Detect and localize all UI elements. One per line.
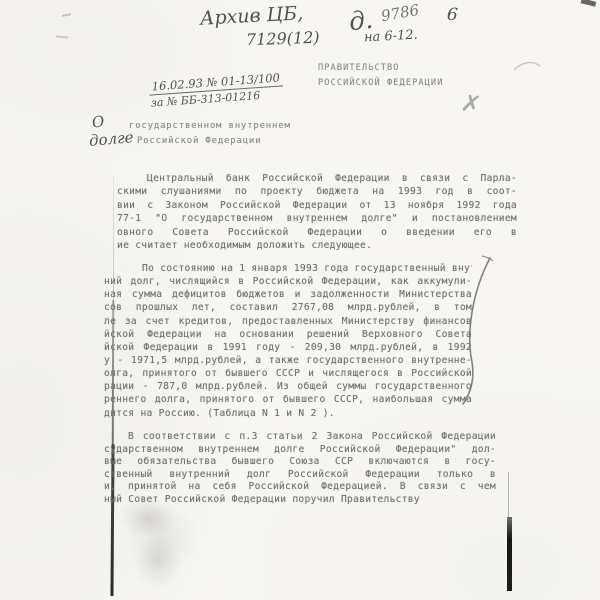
- body-line: ный Совет Российской Федерации поручил П…: [104, 494, 496, 507]
- body-line: Центральный банк Российской Федерации в …: [117, 172, 517, 185]
- scanned-letter-page: Архив ЦБ, 7129(12) д. 9786 на 6-12. 6 ПР…: [0, 0, 600, 600]
- body-line: ная сумма дефицитов бюджетов и задолженн…: [104, 288, 472, 301]
- body-line: ний долг, числящийся в Российской Федера…: [104, 275, 472, 288]
- body-line: По состоянию на 1 января 1993 года госуд…: [104, 262, 472, 275]
- body-line: и, принятой на себя Российской Федерацие…: [104, 481, 496, 494]
- pen-cross-mark: ✗: [459, 88, 484, 119]
- ink-smudge: [115, 498, 210, 596]
- body-line: В соответствии с п.3 статьи 2 Закона Рос…: [104, 431, 496, 444]
- subject-handwritten-prefix: О: [91, 112, 106, 132]
- handwritten-sheet-number: 6: [446, 5, 458, 26]
- subject-typed-line1: государственном внутреннем: [129, 121, 291, 131]
- body-line: йской Федерации в 1991 году - 209,30 млр…: [104, 341, 472, 354]
- handwritten-registration-note: 16.02.93 № 01-13/100 за № ББ-313-01216: [148, 66, 284, 109]
- subject-typed-line2: Российской Федерации: [137, 136, 261, 146]
- body-line: у - 1971,5 млрд.рублей, а также государс…: [104, 354, 472, 367]
- handwritten-archive-note: Архив ЦБ,: [199, 2, 303, 29]
- body-line: реннего долга, принятого от бывшего СССР…: [104, 393, 472, 406]
- body-line: дится на Россию. (Таблица N 1 и N 2 ).: [104, 407, 472, 420]
- handwritten-case-number: 9786: [380, 1, 421, 25]
- body-line: ле за счет кредитов, предоставленных Мин…: [104, 315, 472, 328]
- body-line: олга, принятого от бывшего СССР и числящ…: [104, 367, 472, 380]
- body-line: рации - 787,0 млрд.рублей. Из общей сумм…: [104, 380, 472, 393]
- handwritten-archive-folder: 7129(12): [246, 28, 320, 50]
- body-line: сов прошлых лет, составил 2767,08 млрд.р…: [104, 301, 472, 314]
- letterhead-line2: РОССИЙСКОЙ ФЕДЕРАЦИИ: [318, 76, 443, 91]
- body-line: 77-1 "О государственном внутреннем долге…: [117, 212, 517, 225]
- scan-streak: [508, 472, 509, 518]
- scan-black-bar: [507, 517, 512, 591]
- ink-speck: [56, 35, 68, 38]
- pen-hook-mark: [512, 58, 542, 78]
- body-paragraph-1: Центральный банк Российской Федерации в …: [117, 172, 517, 252]
- body-line: вии с Законом Российской Федерации от 13…: [117, 199, 517, 212]
- corner-pen-mark: [581, 0, 597, 6]
- letterhead: ПРАВИТЕЛЬСТВО РОССИЙСКОЙ ФЕДЕРАЦИИ: [318, 61, 443, 91]
- letterhead-line1: ПРАВИТЕЛЬСТВО: [318, 61, 443, 76]
- body-line: вые обязательства бывшего Союза ССР вклю…: [104, 456, 496, 469]
- body-line: скими слушаниями по проекту бюджета на 1…: [117, 185, 517, 198]
- body-paragraph-3: В соответствии с п.3 статьи 2 Закона Рос…: [104, 431, 496, 507]
- subject-handwritten-word: долге: [88, 128, 134, 150]
- body-line: сударственном внутреннем долге Российско…: [104, 444, 496, 457]
- body-line: йской Федерации на основании решений Вер…: [104, 328, 472, 341]
- ink-speck: [62, 13, 71, 17]
- handwritten-sheets-note: на 6-12.: [364, 28, 419, 46]
- body-paragraph-2: По состоянию на 1 января 1993 года госуд…: [104, 262, 472, 420]
- body-line: ие считает необходимым доложить следующе…: [117, 239, 517, 252]
- body-line: овного Совета Российской Федерации о вве…: [117, 226, 517, 239]
- body-line: ственный внутренний долг Российской Феде…: [104, 469, 496, 482]
